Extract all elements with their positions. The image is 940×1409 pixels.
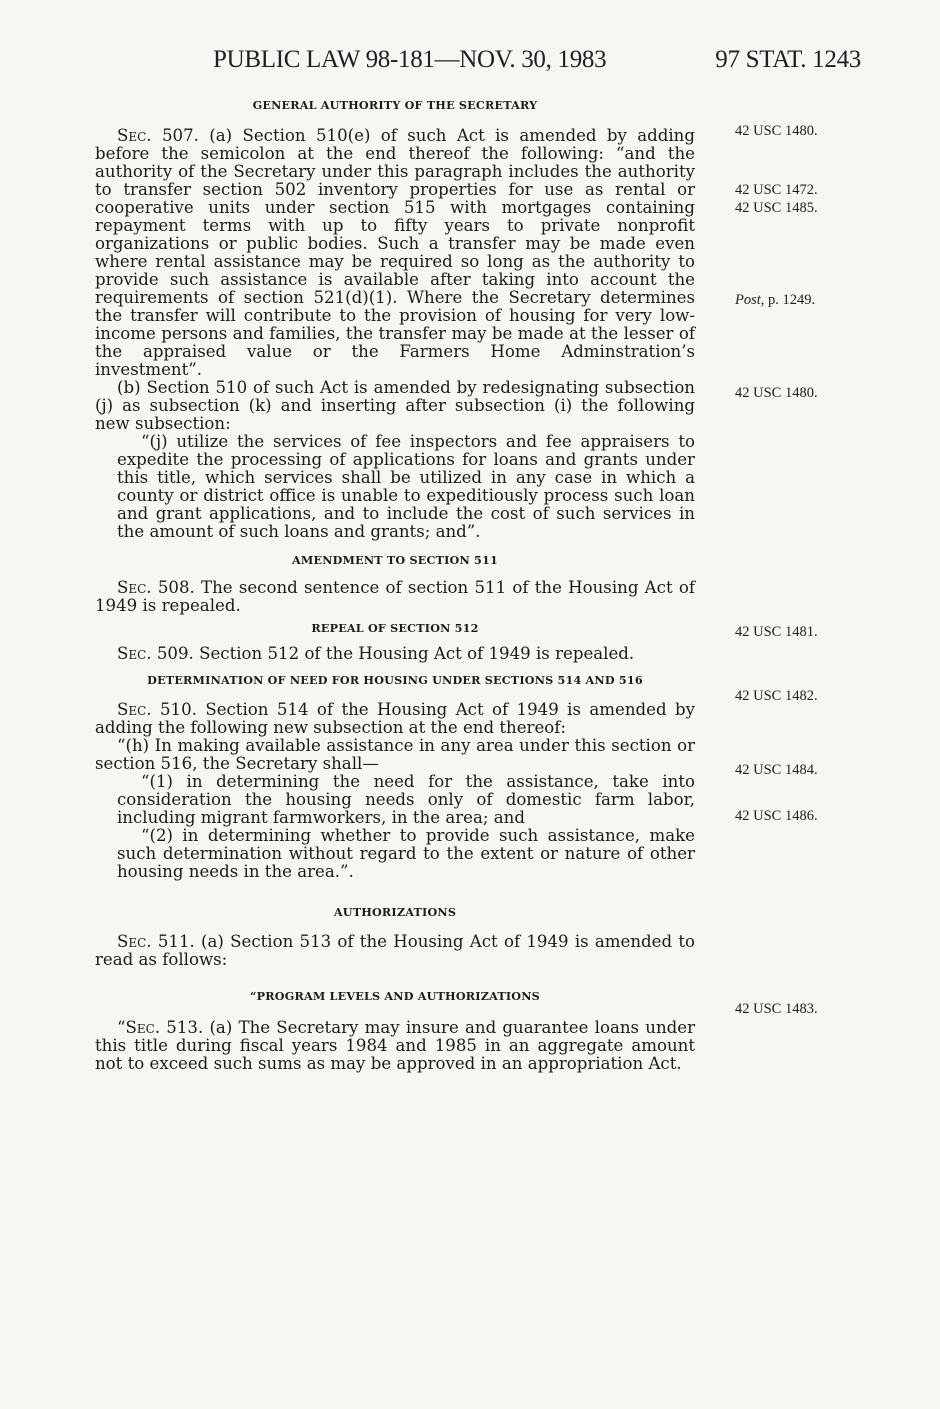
margin-note-usc: 42 USC 1472. bbox=[735, 182, 818, 199]
margin-note-usc: 42 USC 1480. bbox=[735, 123, 818, 140]
margin-note-usc: 42 USC 1485. bbox=[735, 200, 818, 217]
public-law-title: PUBLIC LAW 98-181—NOV. 30, 1983 bbox=[213, 46, 606, 74]
section-heading-511: AUTHORIZATIONS bbox=[95, 903, 695, 921]
section-heading-507: GENERAL AUTHORITY OF THE SECRETARY bbox=[95, 96, 695, 114]
margin-note-usc: 42 USC 1484. bbox=[735, 762, 818, 779]
margin-note-usc: 42 USC 1482. bbox=[735, 688, 818, 705]
section-508: Sec. 508. The second sentence of section… bbox=[95, 579, 695, 615]
section-507-a: Sec. 507. (a) Section 510(e) of such Act… bbox=[95, 127, 695, 379]
section-507-b: (b) Section 510 of such Act is amended b… bbox=[95, 379, 695, 433]
sec-label: Sec. bbox=[117, 700, 152, 719]
margin-note-usc: 42 USC 1480. bbox=[735, 385, 818, 402]
section-511-a: Sec. 511. (a) Section 513 of the Housing… bbox=[95, 933, 695, 969]
subsection-h-item-2: “(2) in determining whether to provide s… bbox=[95, 827, 695, 881]
sec-label: Sec. bbox=[117, 932, 152, 951]
subsection-h-quote: “(h) In making available assistance in a… bbox=[95, 737, 695, 773]
statute-page-number: 97 STAT. 1243 bbox=[715, 46, 861, 74]
section-heading-510: DETERMINATION OF NEED FOR HOUSING UNDER … bbox=[95, 671, 695, 689]
section-510: Sec. 510. Section 514 of the Housing Act… bbox=[95, 701, 695, 737]
margin-note-post-reference: Post, p. 1249. bbox=[735, 292, 815, 309]
sec-label: Sec. bbox=[117, 578, 152, 597]
document-page: PUBLIC LAW 98-181—NOV. 30, 1983 97 STAT.… bbox=[0, 0, 940, 1409]
subsection-h-item-1: “(1) in determining the need for the ass… bbox=[95, 773, 695, 827]
margin-note-usc: 42 USC 1486. bbox=[735, 808, 818, 825]
section-heading-508: AMENDMENT TO SECTION 511 bbox=[95, 551, 695, 569]
body-column: GENERAL AUTHORITY OF THE SECRETARY Sec. … bbox=[95, 96, 695, 1073]
margin-note-usc: 42 USC 1483. bbox=[735, 1001, 818, 1018]
sec-label: Sec. bbox=[117, 644, 152, 663]
sec-label: Sec. bbox=[125, 1018, 160, 1037]
sec-label: Sec. bbox=[117, 126, 152, 145]
section-509: Sec. 509. Section 512 of the Housing Act… bbox=[95, 645, 695, 663]
section-heading-509: REPEAL OF SECTION 512 bbox=[95, 619, 695, 637]
section-507-a-text: 507. (a) Section 510(e) of such Act is a… bbox=[95, 126, 695, 379]
program-levels-heading: “PROGRAM LEVELS AND AUTHORIZATIONS bbox=[95, 987, 695, 1005]
subsection-j-quote: “(j) utilize the services of fee inspect… bbox=[95, 433, 695, 541]
margin-note-usc: 42 USC 1481. bbox=[735, 624, 818, 641]
section-513-a: “Sec. 513. (a) The Secretary may insure … bbox=[95, 1019, 695, 1073]
